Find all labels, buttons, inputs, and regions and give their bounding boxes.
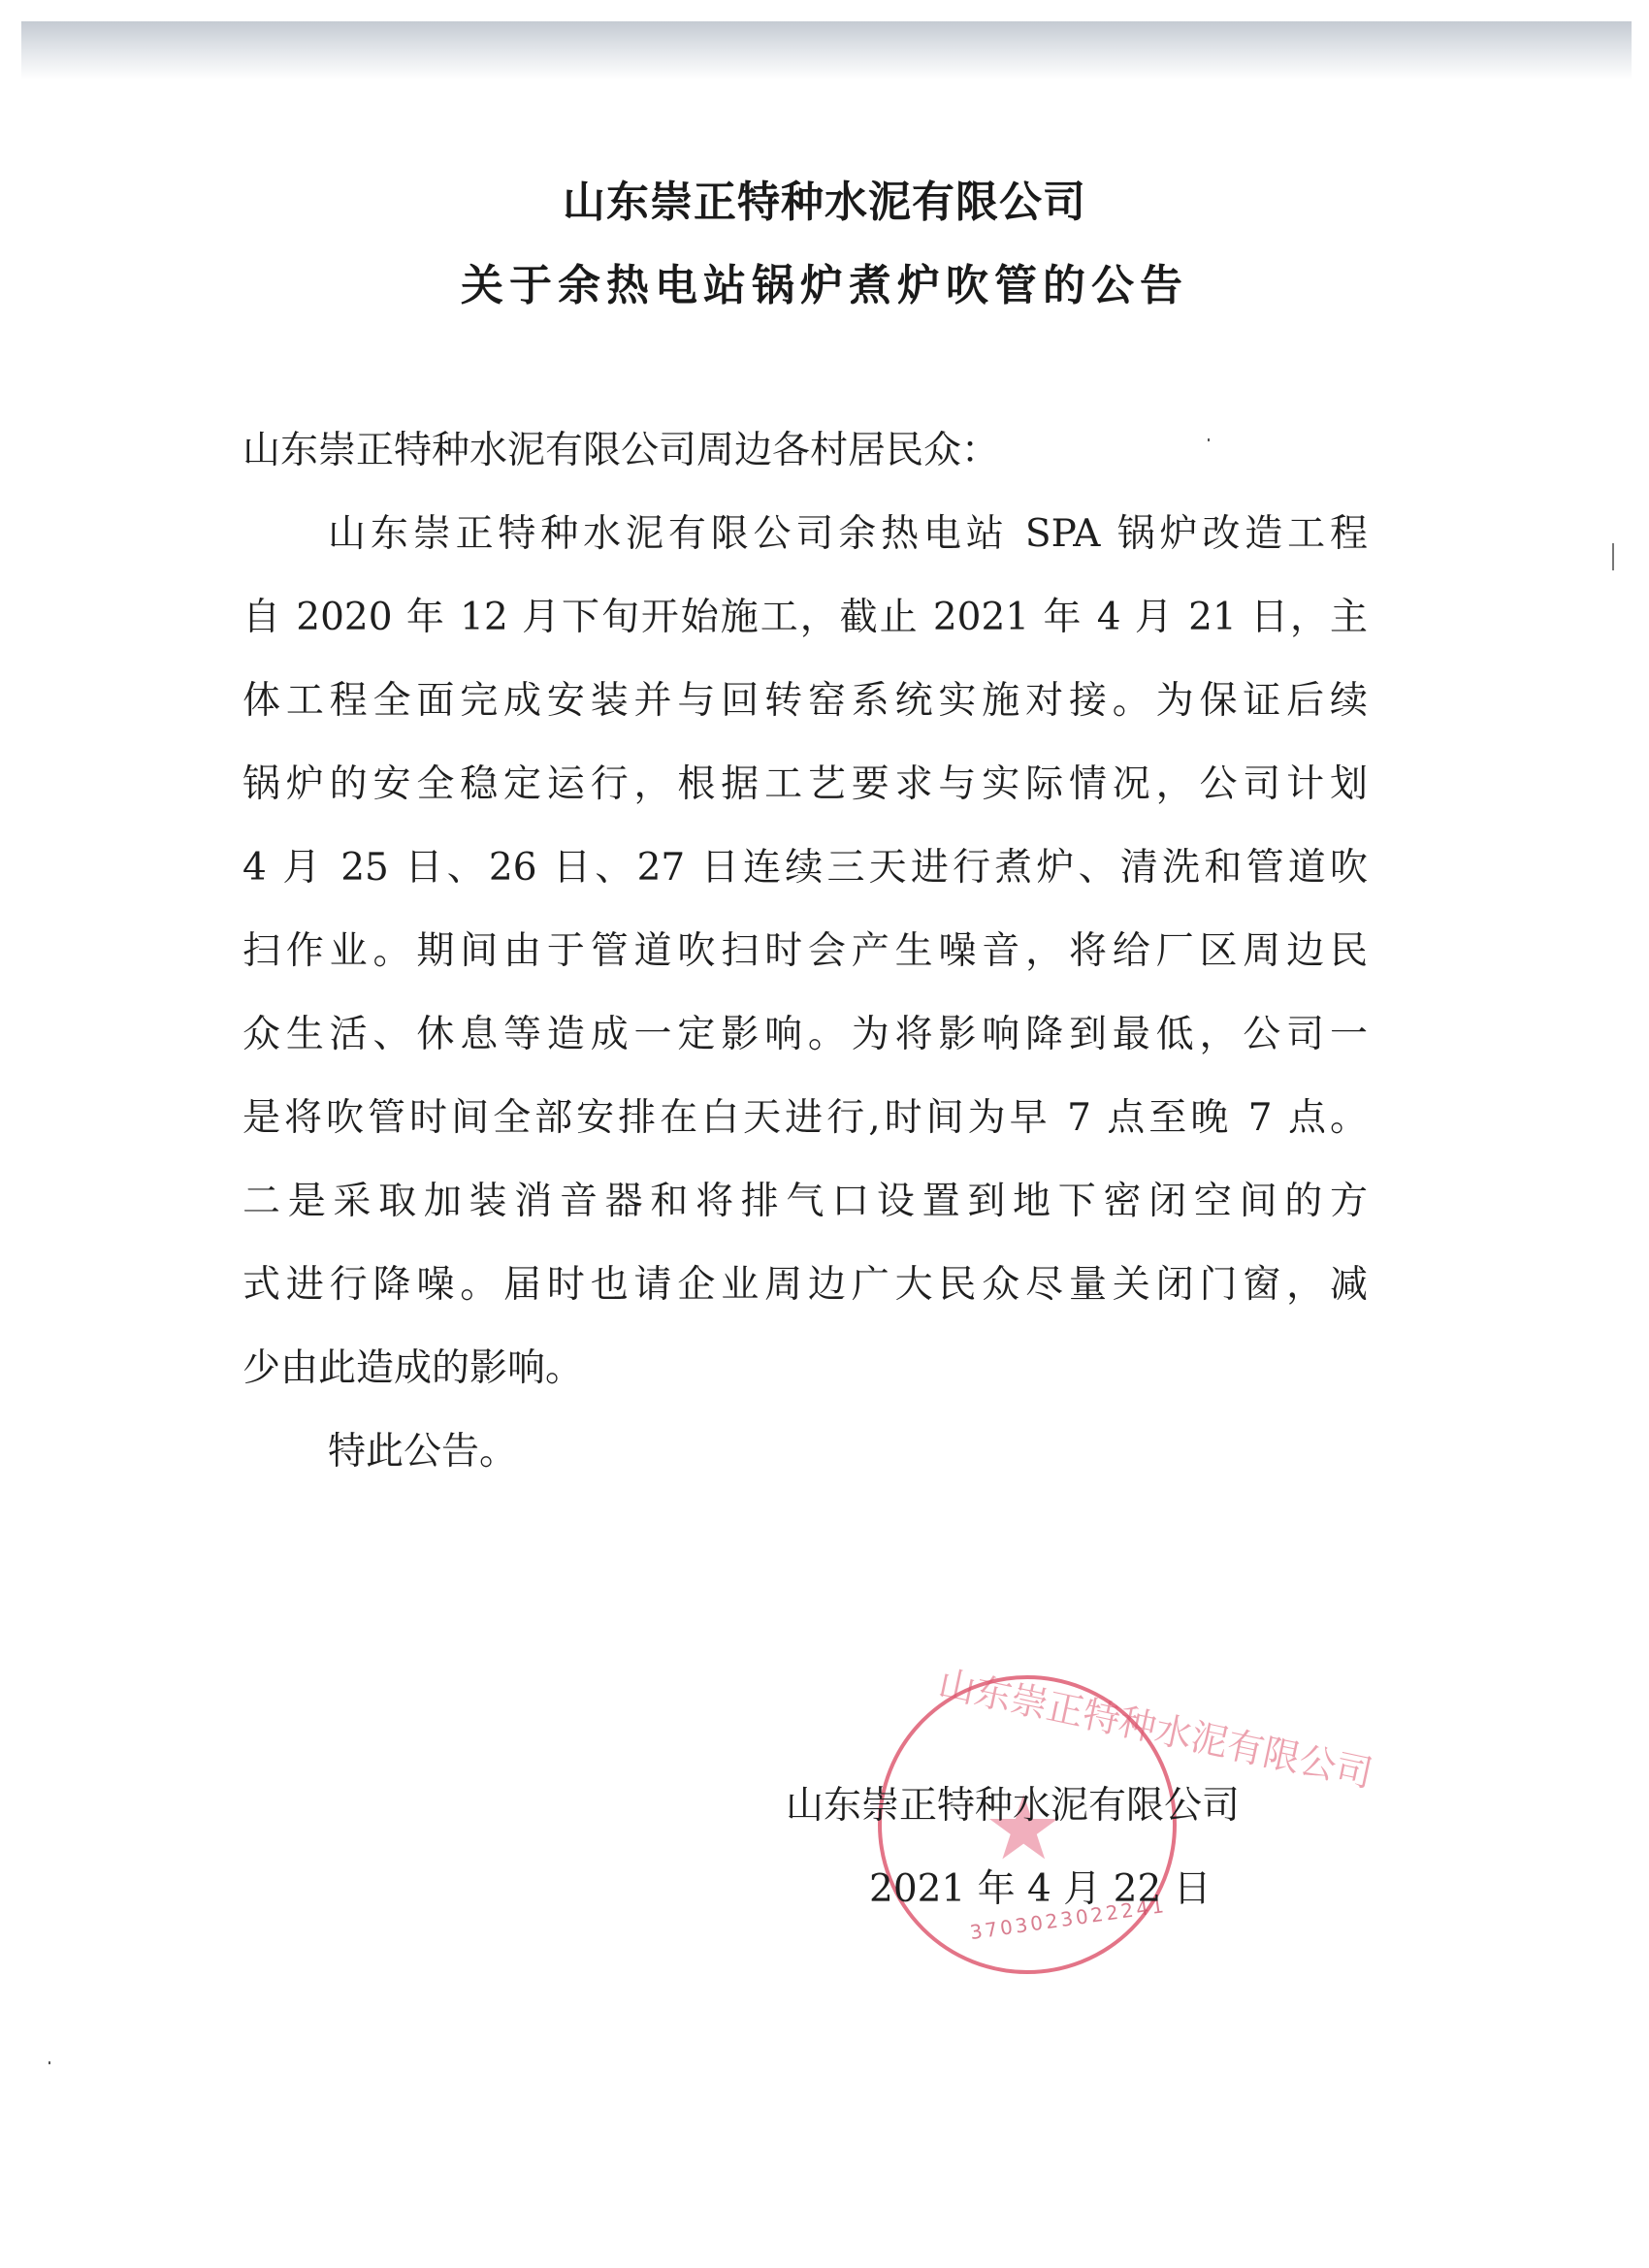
body-line-5: 4 月 25 日、26 日、27 日连续三天进行煮炉、清洗和管道吹 [242, 844, 1368, 892]
body-line-10: 式进行降噪。届时也请企业周边广大民众尽量关闭门窗，减 [242, 1261, 1368, 1310]
notice-page: 山东崇正特种水泥有限公司 关于余热电站锅炉煮炉吹管的公告 山东崇正特种水泥有限公… [0, 0, 1649, 2268]
body-line-6: 扫作业。期间由于管道吹扫时会产生噪音，将给厂区周边民 [242, 927, 1368, 976]
salutation: 山东崇正特种水泥有限公司周边各村居民众： [242, 427, 1368, 475]
title-notice: 关于余热电站锅炉煮炉吹管的公告 [0, 250, 1649, 312]
title-company: 山东崇正特种水泥有限公司 [0, 167, 1649, 229]
closing-text: 特此公告。 [242, 1428, 1368, 1476]
body-line-4: 锅炉的安全稳定运行，根据工艺要求与实际情况，公司计划 [242, 761, 1368, 809]
scan-speck [48, 2061, 50, 2064]
body-line-11: 少由此造成的影响。 [242, 1345, 1368, 1393]
signature-company: 山东崇正特种水泥有限公司 [786, 1775, 1240, 1830]
body-line-9: 二是采取加装消音器和将排气口设置到地下密闭空间的方 [242, 1178, 1368, 1226]
signature-date: 2021 年 4 月 22 日 [869, 1859, 1212, 1913]
body-line-2: 自 2020 年 12 月下旬开始施工，截止 2021 年 4 月 21 日，主 [242, 594, 1368, 642]
body-line-8: 是将吹管时间全部安排在白天进行,时间为早 7 点至晚 7 点。 [242, 1094, 1368, 1143]
scan-speck [1208, 438, 1210, 441]
body-line-1: 山东崇正特种水泥有限公司余热电站 SPA 锅炉改造工程 [242, 510, 1368, 559]
scan-mark [1612, 543, 1614, 570]
body-line-7: 众生活、休息等造成一定影响。为将影响降到最低，公司一 [242, 1011, 1368, 1059]
body-line-3: 体工程全面完成安装并与回转窑系统实施对接。为保证后续 [242, 677, 1368, 726]
